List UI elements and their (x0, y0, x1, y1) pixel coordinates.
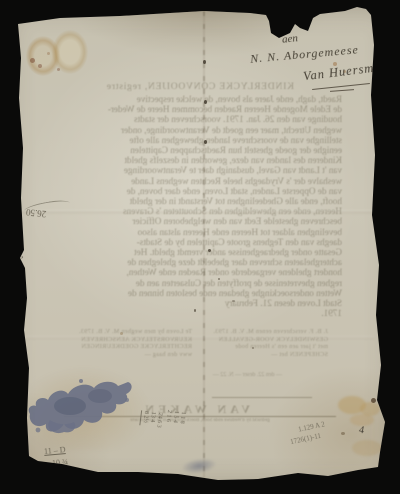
pencil-sum-column-b: 1 1 8 1 5 4 2 1 6 (164, 409, 186, 423)
stain-speck (38, 64, 42, 68)
fold-stitch-dot (204, 140, 207, 144)
handwritten-aen: aen (281, 32, 298, 46)
pencil-reference-2: 1726(1)-11 (290, 432, 322, 446)
fold-stitch-dot (204, 100, 207, 104)
ink-dot (194, 309, 196, 312)
showthrough-short-rule (212, 397, 312, 398)
pencil-sum-column-a: 24 6 3 13 4 8 2½ (139, 410, 163, 428)
signature-flourish (330, 89, 354, 92)
stain-speck (30, 58, 35, 63)
handwritten-signature: Van Huersmael (302, 59, 393, 85)
edge-ink-squiggle: ʃ, (18, 248, 26, 259)
vertical-fold-crease (203, 11, 205, 479)
ink-blot (24, 374, 136, 442)
ink-dot (252, 347, 254, 349)
paper-sheet: KINDERLYCKE CONVOOIJEN, registre Raedt, … (0, 0, 400, 494)
ink-mark-4: 4 (358, 425, 365, 437)
ink-dot (208, 249, 211, 252)
fold-stitch-dot (203, 60, 206, 64)
stain-speck (386, 262, 390, 267)
pencil-fraction-top: 11 – D (44, 445, 66, 456)
stain-blob (352, 440, 382, 456)
stain-speck (371, 398, 376, 403)
showthrough-body-text: Raedt, dagh, ende Jaere als boven, de we… (58, 94, 342, 318)
foxing-dot (120, 332, 123, 335)
horizontal-fold-crease (22, 336, 374, 339)
gray-smudge (181, 457, 217, 476)
stain-speck (57, 68, 60, 71)
handwritten-addressee: N. N. Aborgemeese (250, 42, 360, 66)
stain-speck (341, 432, 345, 435)
showthrough-column-left: J. B. F. verschreven eenen M. V. B. 1793… (202, 328, 328, 358)
showthrough-heading: KINDERLYCKE CONVOOIJEN, registre (58, 82, 342, 92)
stain-speck (382, 208, 385, 211)
horizontal-fold-crease (20, 210, 376, 213)
ink-dot (232, 300, 235, 302)
document-photo: KINDERLYCKE CONVOOIJEN, registre Raedt, … (0, 0, 400, 494)
stain-speck (47, 52, 50, 55)
pencil-fraction-bottom: 10 ¾ (52, 457, 69, 467)
showthrough-column-right: Te Loven by men weghen M. V. B. 1793. KE… (64, 328, 192, 358)
ink-dot (218, 278, 220, 280)
